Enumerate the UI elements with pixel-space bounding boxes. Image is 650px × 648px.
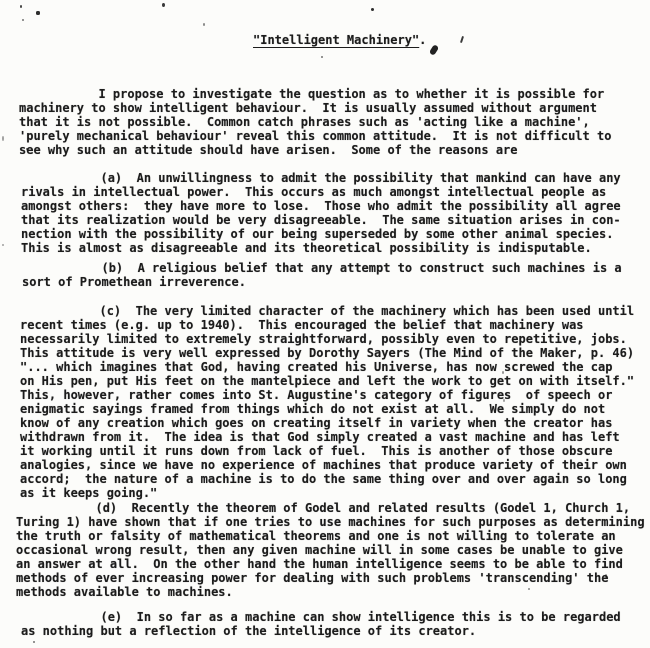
ink-speck bbox=[203, 23, 205, 26]
ink-speck bbox=[321, 56, 323, 58]
ink-speck bbox=[371, 8, 374, 11]
paragraph-reason-b: (b) A religious belief that any attempt … bbox=[22, 261, 622, 289]
ink-speck bbox=[481, 190, 483, 192]
ink-speck bbox=[162, 3, 165, 7]
paragraph-reason-e: (e) In so far as a machine can show inte… bbox=[21, 610, 621, 638]
ink-speck bbox=[605, 574, 607, 578]
paragraph-reason-c: (c) The very limited character of the ma… bbox=[20, 304, 634, 500]
scanned-document-page: "Intelligent Machinery". I propose to in… bbox=[0, 0, 650, 648]
ink-speck bbox=[36, 11, 40, 15]
document-title: "Intelligent Machinery". bbox=[253, 33, 426, 47]
ink-speck bbox=[503, 399, 505, 402]
paragraph-reason-a: (a) An unwillingness to admit the possib… bbox=[21, 171, 621, 255]
ink-speck bbox=[528, 588, 530, 590]
ink-speck bbox=[460, 36, 464, 43]
ink-speck bbox=[33, 641, 35, 643]
paragraph-intro: I propose to investigate the question as… bbox=[19, 87, 611, 157]
ink-speck bbox=[20, 5, 22, 8]
ink-speck bbox=[2, 136, 4, 141]
document-title-period: . bbox=[419, 33, 426, 47]
ink-speck bbox=[26, 148, 28, 150]
paragraph-reason-d: (d) Recently the theorem of Godel and re… bbox=[16, 501, 645, 599]
ink-speck bbox=[502, 371, 504, 374]
ink-speck bbox=[429, 44, 439, 56]
ink-speck bbox=[2, 244, 4, 246]
ink-speck bbox=[22, 19, 24, 21]
document-title-text: "Intelligent Machinery" bbox=[253, 33, 419, 47]
